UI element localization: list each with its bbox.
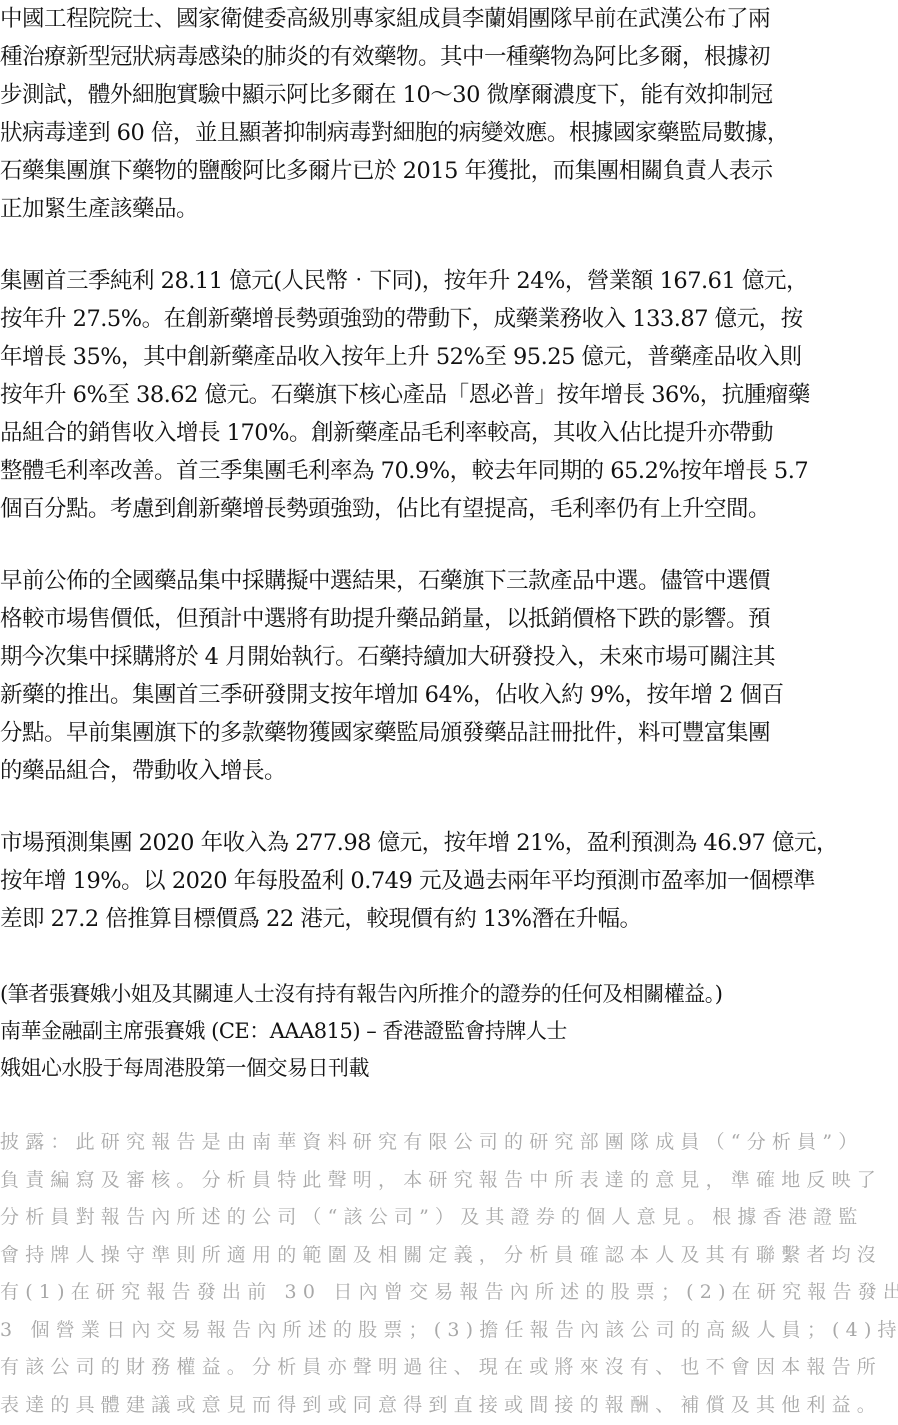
disclaimer-line: 會持牌人操守準則所適用的範圍及相關定義，分析員確認本人及其有聯繫者均沒 [0,1237,898,1275]
text-line: 種治療新型冠狀病毒感染的肺炎的有效藥物。其中一種藥物為阿比多爾，根據初 [0,38,898,76]
text-line: 新藥的推出。集團首三季研發開支按年增加 64%，佔收入約 9%，按年增 2 個百 [0,676,898,714]
text-line: 差即 27.2 倍推算目標價爲 22 港元，較現價有約 13%潛在升幅。 [0,900,898,938]
disclaimer-line: 負責編寫及審核。分析員特此聲明，本研究報告中所表達的意見，準確地反映了 [0,1162,898,1200]
text-line: 按年升 27.5%。在創新藥增長勢頭強勁的帶動下，成藥業務收入 133.87 億… [0,300,898,338]
column-schedule: 娥姐心水股于每周港股第一個交易日刊載 [0,1050,898,1087]
text-line: 集團首三季純利 28.11 億元(人民幣‧下同)，按年升 24%，營業額 167… [0,262,898,300]
disclaimer-line: 表達的具體建議或意見而得到或同意得到直接或間接的報酬、補償及其他利益。 [0,1387,898,1425]
text-line: 按年升 6%至 38.62 億元。石藥旗下核心產品「恩必普」按年增長 36%，抗… [0,376,898,414]
text-line: 中國工程院院士、國家衛健委高級別專家組成員李蘭娟團隊早前在武漢公布了兩 [0,0,898,38]
text-line: 期今次集中採購將於 4 月開始執行。石藥持續加大研發投入，未來市場可關注其 [0,638,898,676]
text-line: 格較市場售價低，但預計中選將有助提升藥品銷量，以抵銷價格下跌的影響。預 [0,600,898,638]
author-title: 南華金融副主席張賽娥 (CE：AAA815) – 香港證監會持牌人士 [0,1013,898,1050]
text-line: 品組合的銷售收入增長 170%。創新藥產品毛利率較高，其收入佔比提升亦帶動 [0,414,898,452]
disclaimer-line: 有(1)在研究報告發出前 30 日內曾交易報告內所述的股票；(2)在研究報告發出… [0,1274,898,1312]
text-line: 分點。早前集團旗下的多款藥物獲國家藥監局頒發藥品註冊批件，料可豐富集團 [0,714,898,752]
text-line: 正加緊生產該藥品。 [0,190,898,228]
text-line: 個百分點。考慮到創新藥增長勢頭強勁，佔比有望提高，毛利率仍有上升空間。 [0,490,898,528]
text-line: 狀病毒達到 60 倍，並且顯著抑制病毒對細胞的病變效應。根據國家藥監局數據， [0,114,898,152]
paragraph-procurement: 早前公佈的全國藥品集中採購擬中選結果，石藥旗下三款產品中選。儘管中選價 格較市場… [0,562,898,790]
disclaimer-line: 分析員對報告內所述的公司（“該公司”）及其證券的個人意見。根據香港證監 [0,1199,898,1237]
text-line: 按年增 19%。以 2020 年每股盈利 0.749 元及過去兩年平均預測市盈率… [0,862,898,900]
author-declaration: (筆者張賽娥小姐及其關連人士沒有持有報告內所推介的證券的任何及相關權益。) [0,976,898,1013]
paragraph-q3-results: 集團首三季純利 28.11 億元(人民幣‧下同)，按年升 24%，營業額 167… [0,262,898,528]
text-line: 年增長 35%，其中創新藥產品收入按年上升 52%至 95.25 億元，普藥產品… [0,338,898,376]
disclaimer-line: 3 個營業日內交易報告內所述的股票；(3)擔任報告內該公司的高級人員；(4)持 [0,1312,898,1350]
text-line: 的藥品組合，帶動收入增長。 [0,752,898,790]
disclaimer-line: 有該公司的財務權益。分析員亦聲明過往、現在或將來沒有、也不會因本報告所 [0,1349,898,1387]
text-line: 市場預測集團 2020 年收入為 277.98 億元，按年增 21%，盈利預測為… [0,824,898,862]
text-line: 步測試，體外細胞實驗中顯示阿比多爾在 10～30 微摩爾濃度下，能有效抑制冠 [0,76,898,114]
text-line: 整體毛利率改善。首三季集團毛利率為 70.9%，較去年同期的 65.2%按年增長… [0,452,898,490]
paragraph-forecast: 市場預測集團 2020 年收入為 277.98 億元，按年增 21%，盈利預測為… [0,824,898,938]
author-signature: (筆者張賽娥小姐及其關連人士沒有持有報告內所推介的證券的任何及相關權益。) 南華… [0,976,898,1087]
text-line: 早前公佈的全國藥品集中採購擬中選結果，石藥旗下三款產品中選。儘管中選價 [0,562,898,600]
paragraph-arbidol-drug: 中國工程院院士、國家衛健委高級別專家組成員李蘭娟團隊早前在武漢公布了兩 種治療新… [0,0,898,228]
disclaimer-line: 披露：此研究報告是由南華資料研究有限公司的研究部團隊成員（“分析員”） [0,1124,898,1162]
text-line: 石藥集團旗下藥物的鹽酸阿比多爾片已於 2015 年獲批，而集團相關負責人表示 [0,152,898,190]
disclaimer: 披露：此研究報告是由南華資料研究有限公司的研究部團隊成員（“分析員”） 負責編寫… [0,1124,898,1424]
